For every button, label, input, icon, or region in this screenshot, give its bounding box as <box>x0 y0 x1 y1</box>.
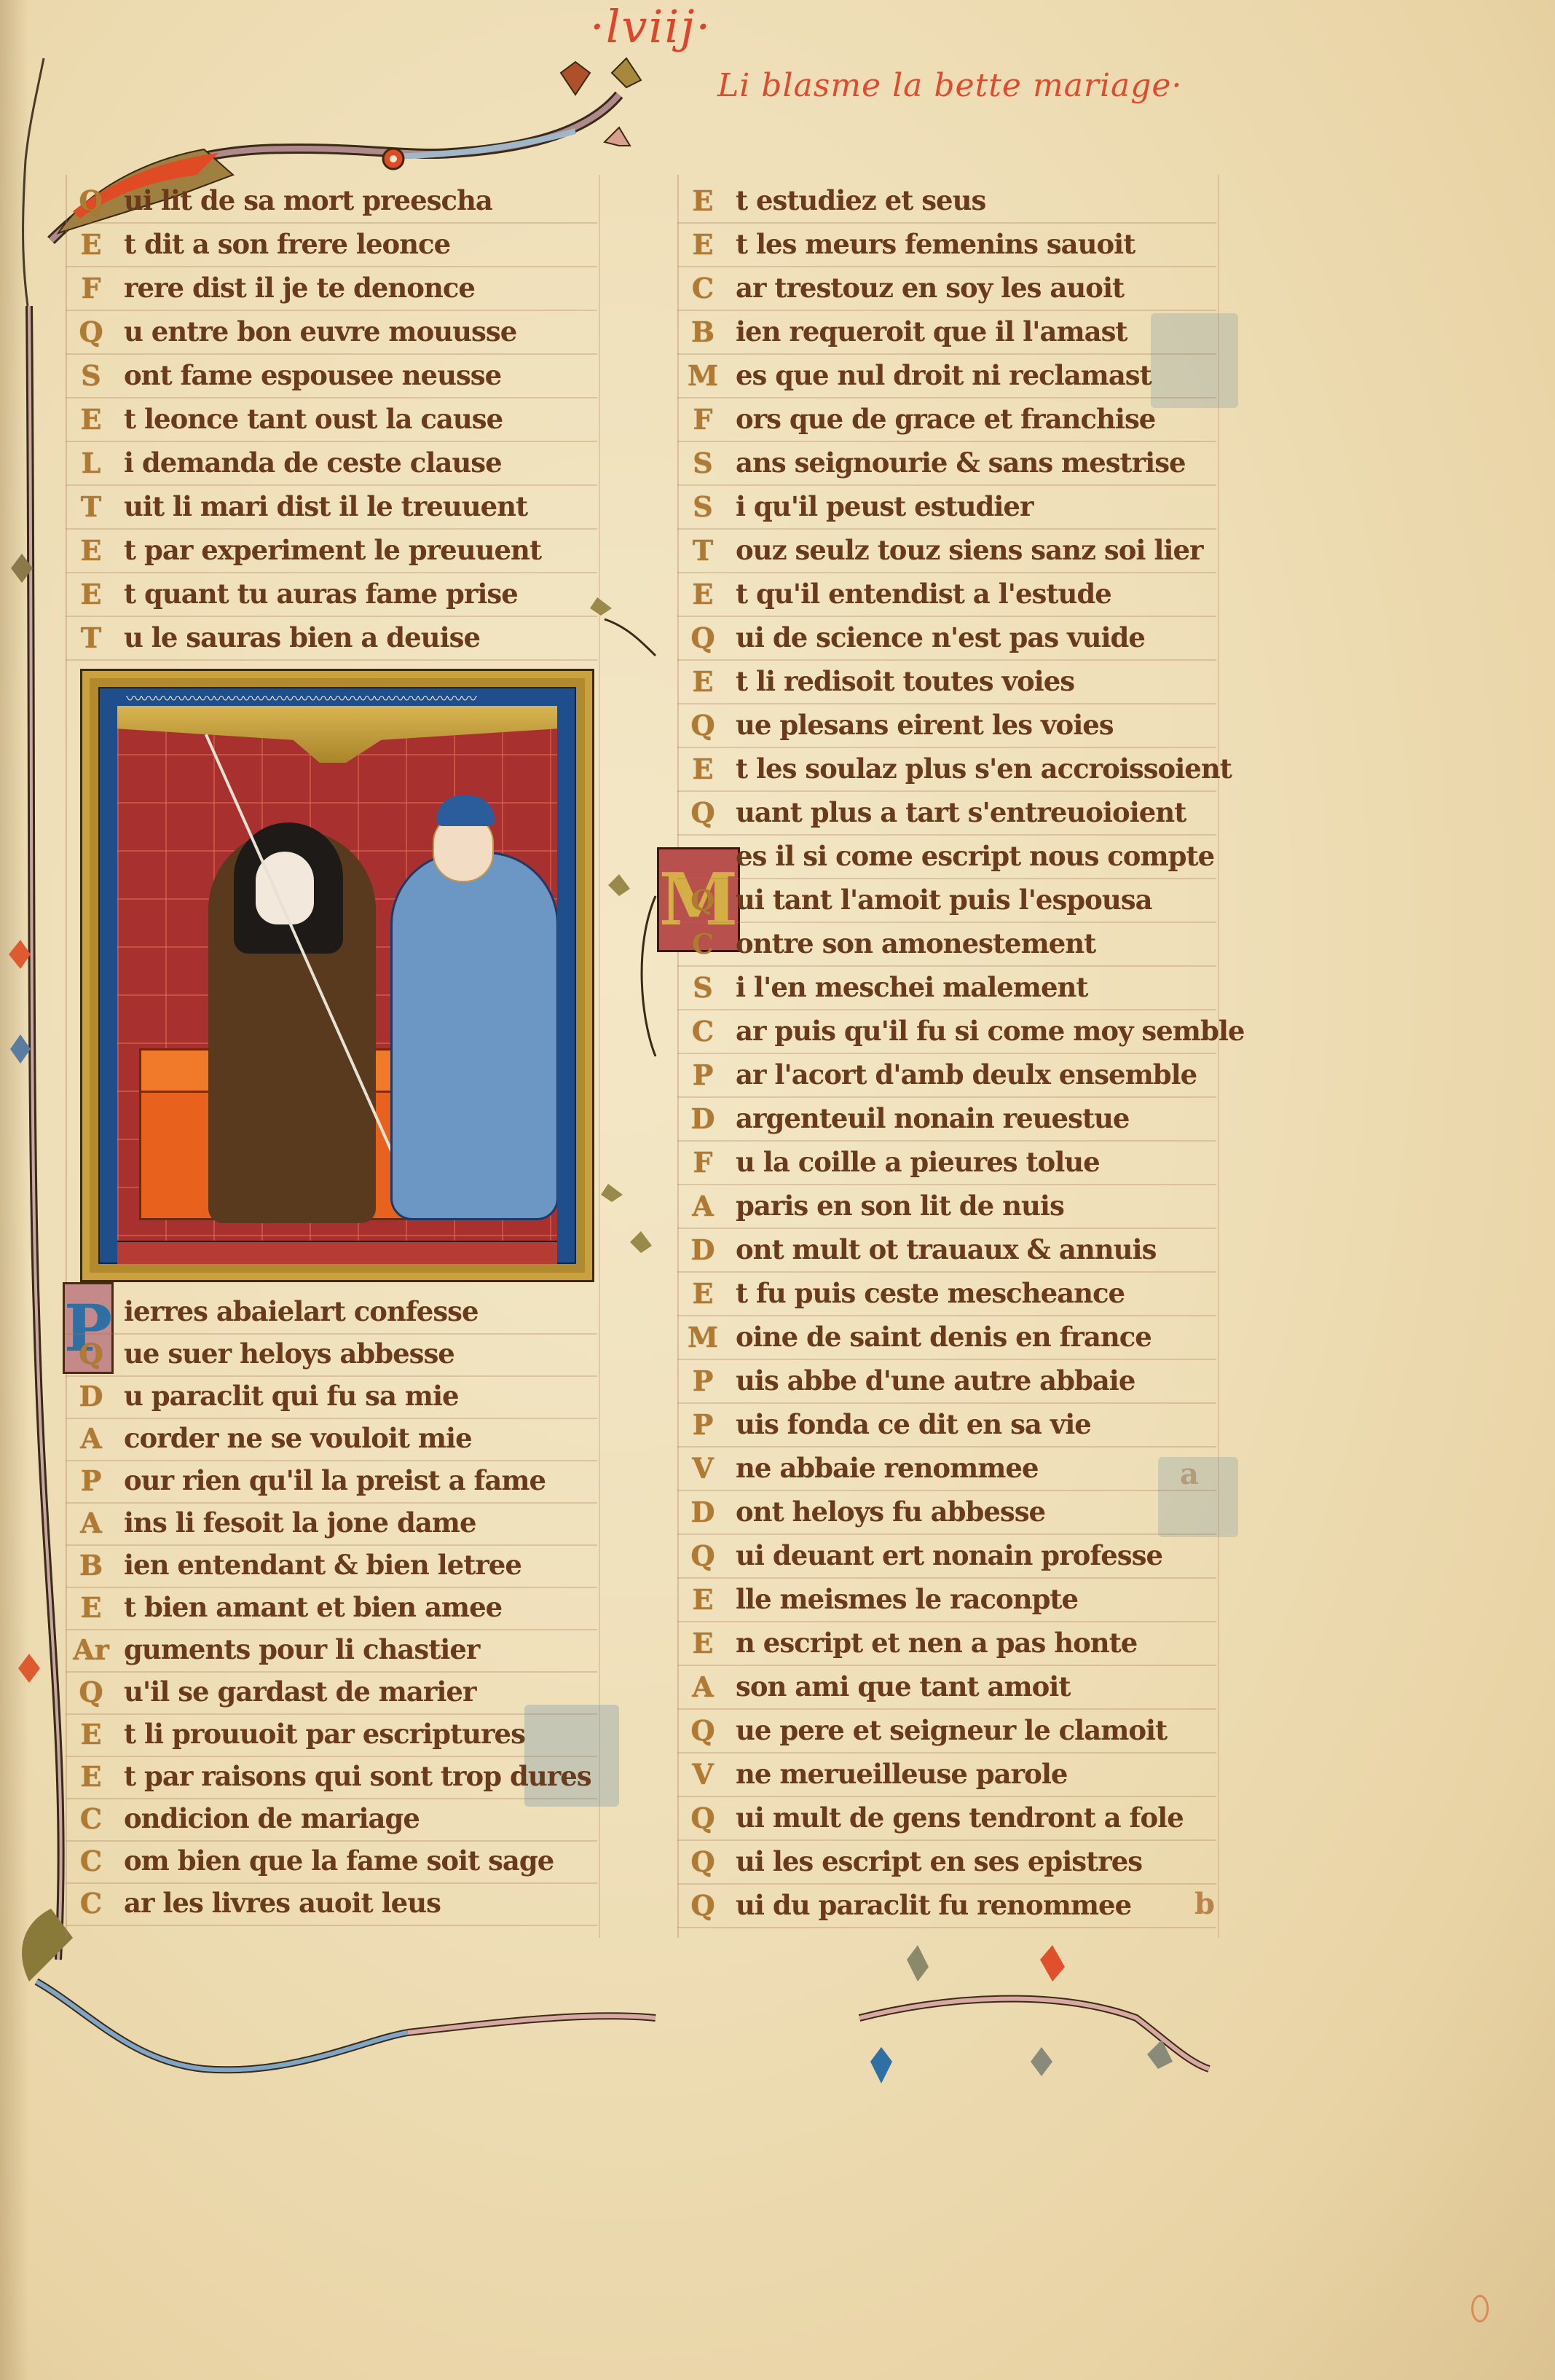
verse-initial: Q <box>66 184 117 217</box>
verse-text: t leonce tant oust la cause <box>117 403 503 435</box>
verse-initial: Q <box>677 621 728 654</box>
verse-initial: V <box>677 1452 728 1485</box>
verse-text: t par raisons qui sont trop dures <box>117 1760 591 1792</box>
verse-text: ui du paraclit fu renommee <box>728 1889 1131 1921</box>
verse-text: i demanda de ceste clause <box>117 447 502 479</box>
verse-initial: E <box>66 228 117 261</box>
figure-man-abelard <box>390 852 557 1220</box>
verse-line: Vne merueilleuse parole <box>677 1752 1216 1797</box>
left-column-top: Qui lit de sa mort preescha Et dit a son… <box>66 178 597 667</box>
verse-line: Puis fonda ce dit en sa vie <box>677 1402 1216 1448</box>
verse-initial: P <box>66 1464 117 1497</box>
verse-initial: S <box>677 447 728 479</box>
verse-line: Et leonce tant oust la cause <box>66 397 597 442</box>
verse-initial: F <box>677 403 728 436</box>
verse-text: uis fonda ce dit en sa vie <box>728 1408 1091 1440</box>
verse-initial: C <box>66 1887 117 1920</box>
verse-initial: E <box>677 1277 728 1310</box>
verse-text: i qu'il peust estudier <box>728 490 1033 522</box>
verse-initial: M <box>677 1321 728 1354</box>
verse-text: es que nul droit ni reclamast <box>728 359 1152 391</box>
verse-line: Tu le sauras bien a deuise <box>66 616 597 661</box>
verse-text: uant plus a tart s'entreuoioient <box>728 796 1186 828</box>
verse-line: Qui de science n'est pas vuide <box>677 616 1216 661</box>
verse-initial: E <box>677 228 728 261</box>
verse-initial: Q <box>677 884 728 916</box>
verse-text: ne merueilleuse parole <box>728 1758 1067 1790</box>
verse-text: ins li fesoit la jone dame <box>117 1507 476 1539</box>
verse-line: Sont fame espousee neusse <box>66 353 597 398</box>
verse-text: t qu'il entendist a l'estude <box>728 578 1111 610</box>
verse-line: es il si come escript nous compte <box>677 834 1216 879</box>
miniature-floor <box>117 1241 557 1264</box>
verse-initial: F <box>66 272 117 305</box>
verse-text: ui de science n'est pas vuide <box>728 621 1145 653</box>
verse-initial: E <box>677 1627 728 1660</box>
verse-line: Elle meismes le raconpte <box>677 1577 1216 1622</box>
verse-text: lle meismes le raconpte <box>728 1583 1078 1615</box>
verse-line: Et par raisons qui sont trop dures <box>66 1754 597 1799</box>
verse-text: ontre son amonestement <box>728 927 1095 959</box>
verse-text: ont heloys fu abbesse <box>728 1496 1045 1528</box>
verse-line: Et estudiez et seus <box>677 178 1216 224</box>
verse-line: Qui lit de sa mort preescha <box>66 178 597 224</box>
verse-line: Du paraclit qui fu sa mie <box>66 1374 597 1419</box>
verse-initial: P <box>677 1408 728 1441</box>
verse-initial: E <box>66 1718 117 1751</box>
verse-line: Ason ami que tant amoit <box>677 1665 1216 1710</box>
verse-line: Arguments pour li chastier <box>66 1627 597 1673</box>
verse-text: ont fame espousee neusse <box>117 359 501 391</box>
margin-letter: a <box>1180 1457 1199 1491</box>
verse-initial: C <box>677 1015 728 1048</box>
verse-initial: Q <box>677 1802 728 1834</box>
verse-line: Qui les escript en ses epistres <box>677 1839 1216 1885</box>
verse-initial: C <box>677 927 728 960</box>
verse-text: u paraclit qui fu sa mie <box>117 1380 459 1412</box>
verse-text: ierres abaielart confesse <box>117 1295 479 1327</box>
verse-line: Puis abbe d'une autre abbaie <box>677 1359 1216 1404</box>
verse-line: Et li prouuoit par escriptures <box>66 1712 597 1757</box>
chapter-rubric: Li blasme la bette mariage· <box>717 67 1182 104</box>
verse-initial: P <box>677 1364 728 1397</box>
verse-text: t les soulaz plus s'en accroissoient <box>728 753 1232 785</box>
verse-line: Dargenteuil nonain reuestue <box>677 1096 1216 1142</box>
verse-text: ont mult ot trauaux & annuis <box>728 1233 1156 1265</box>
verse-line: Et dit a son frere leonce <box>66 222 597 267</box>
folio-number: ·lviij· <box>590 0 712 53</box>
verse-line: Et fu puis ceste mescheance <box>677 1271 1216 1316</box>
verse-line: Que pere et seigneur le clamoit <box>677 1708 1216 1753</box>
verse-initial: T <box>66 621 117 654</box>
verse-initial: E <box>66 534 117 567</box>
verse-text: om bien que la fame soit sage <box>117 1845 554 1877</box>
verse-initial: T <box>66 490 117 523</box>
verse-initial: A <box>66 1422 117 1455</box>
verse-initial: E <box>66 1760 117 1793</box>
verse-text: t par experiment le preuuent <box>117 534 541 566</box>
verse-text: ui les escript en ses epistres <box>728 1845 1142 1877</box>
verse-line: Tuit li mari dist il le treuuent <box>66 484 597 530</box>
verse-initial: Q <box>677 1539 728 1572</box>
verse-initial: E <box>66 403 117 436</box>
right-column: Et estudiez et seus Et les meurs femenin… <box>677 178 1216 1927</box>
verse-line: Fu la coille a pieures tolue <box>677 1140 1216 1185</box>
verse-text: u'il se gardast de marier <box>117 1676 476 1708</box>
verse-initial: Q <box>66 1676 117 1708</box>
verse-text: oine de saint denis en france <box>728 1321 1152 1353</box>
verse-text: ar l'acort d'amb deulx ensemble <box>728 1059 1197 1091</box>
verse-text: argenteuil nonain reuestue <box>728 1102 1129 1134</box>
margin-letter: b <box>1194 1887 1215 1921</box>
verse-text: u le sauras bien a deuise <box>117 621 480 653</box>
verse-text: es il si come escript nous compte <box>728 840 1214 872</box>
verse-text: ue plesans eirent les voies <box>728 709 1114 741</box>
verse-line: Si l'en meschei malement <box>677 965 1216 1010</box>
verse-line: En escript et nen a pas honte <box>677 1621 1216 1666</box>
verse-initial: A <box>66 1507 117 1539</box>
verse-text: t li prouuoit par escriptures <box>117 1718 525 1750</box>
verse-initial: E <box>677 753 728 785</box>
verse-initial: B <box>66 1549 117 1582</box>
verse-text: t fu puis ceste mescheance <box>728 1277 1125 1309</box>
verse-line: Com bien que la fame soit sage <box>66 1839 597 1884</box>
verse-text: ar puis qu'il fu si come moy semble <box>728 1015 1244 1047</box>
catchword-mark <box>1471 2295 1489 2322</box>
verse-line: Si qu'il peust estudier <box>677 484 1216 530</box>
verse-line: Contre son amonestement <box>677 922 1216 967</box>
verse-text: ue pere et seigneur le clamoit <box>728 1714 1167 1746</box>
verse-initial: L <box>66 447 117 479</box>
verse-initial: C <box>66 1845 117 1877</box>
verse-initial: A <box>677 1670 728 1703</box>
verse-line: Car les livres auoit leus <box>66 1881 597 1926</box>
verse-text: i l'en meschei malement <box>728 971 1087 1003</box>
verse-initial: E <box>677 665 728 698</box>
verse-line: Que suer heloys abbesse <box>66 1332 597 1377</box>
verse-line: Quant plus a tart s'entreuoioient <box>677 790 1216 836</box>
verse-initial: S <box>677 971 728 1004</box>
verse-initial: V <box>677 1758 728 1791</box>
verse-line: Acorder ne se vouloit mie <box>66 1416 597 1461</box>
verse-line: Et quant tu auras fame prise <box>66 572 597 617</box>
verse-line: Qui deuant ert nonain professe <box>677 1533 1216 1579</box>
verse-initial: D <box>677 1233 728 1266</box>
verse-line: ierres abaielart confesse <box>66 1289 597 1335</box>
verse-line: Frere dist il je te denonce <box>66 266 597 311</box>
verse-initial: Ar <box>66 1633 117 1666</box>
verse-text: son ami que tant amoit <box>728 1670 1070 1702</box>
verse-line: Touz seulz touz siens sanz soi lier <box>677 528 1216 573</box>
verse-text: ue suer heloys abbesse <box>117 1338 454 1370</box>
verse-line: Et qu'il entendist a l'estude <box>677 572 1216 617</box>
gold-canopy <box>117 706 557 763</box>
verse-text: t dit a son frere leonce <box>117 228 450 260</box>
verse-text: t bien amant et bien amee <box>117 1591 502 1623</box>
verse-initial: C <box>677 272 728 305</box>
verse-line: Car puis qu'il fu si come moy semble <box>677 1009 1216 1054</box>
verse-initial: Q <box>677 709 728 742</box>
verse-line: Qui mult de gens tendront a fole <box>677 1796 1216 1841</box>
verse-text: guments pour li chastier <box>117 1633 479 1665</box>
verse-text: rere dist il je te denonce <box>117 272 475 304</box>
verse-initial: Q <box>677 1845 728 1878</box>
verse-initial: D <box>66 1380 117 1413</box>
left-column-bottom: ierres abaielart confesse Que suer heloy… <box>66 1289 597 1945</box>
verse-line: Bien requeroit que il l'amast <box>677 310 1216 355</box>
verse-text: t li redisoit toutes voies <box>728 665 1074 697</box>
verse-initial: D <box>677 1496 728 1528</box>
verse-line: Qui du paraclit fu renommee <box>677 1883 1216 1928</box>
verse-initial: M <box>677 359 728 392</box>
verse-initial: A <box>677 1190 728 1222</box>
verse-initial: E <box>66 578 117 610</box>
verse-initial: C <box>66 1802 117 1835</box>
verse-line: Vne abbaie renommee <box>677 1446 1216 1491</box>
verse-line: Qu entre bon euvre mouusse <box>66 310 597 355</box>
verse-text: t estudiez et seus <box>728 184 985 216</box>
verse-line: Et les soulaz plus s'en accroissoient <box>677 747 1216 792</box>
verse-text: ors que de grace et franchise <box>728 403 1155 435</box>
verse-text: ui lit de sa mort preescha <box>117 184 492 216</box>
verse-text: ondicion de mariage <box>117 1802 420 1834</box>
verse-line: Car trestouz en soy les auoit <box>677 266 1216 311</box>
verse-initial: Q <box>677 1714 728 1747</box>
verse-line: Moine de saint denis en france <box>677 1315 1216 1360</box>
verse-text: our rien qu'il la preist a fame <box>117 1464 546 1496</box>
verse-initial: T <box>677 534 728 567</box>
verse-line: Qu'il se gardast de marier <box>66 1670 597 1715</box>
verse-line: Et les meurs femenins sauoit <box>677 222 1216 267</box>
verse-text: ui tant l'amoit puis l'espousa <box>728 884 1152 916</box>
man-cap <box>436 796 495 826</box>
verse-text: corder ne se vouloit mie <box>117 1422 472 1454</box>
verse-line: Dont heloys fu abbesse <box>677 1490 1216 1535</box>
verse-initial: B <box>677 315 728 348</box>
verse-text: ien requeroit que il l'amast <box>728 315 1127 347</box>
verse-line: Et li redisoit toutes voies <box>677 659 1216 704</box>
verse-text: ar trestouz en soy les auoit <box>728 272 1124 304</box>
verse-line: Li demanda de ceste clause <box>66 441 597 486</box>
verse-text: t quant tu auras fame prise <box>117 578 518 610</box>
verse-initial: Q <box>677 796 728 829</box>
figure-nun-heloise <box>208 830 376 1223</box>
verse-text: paris en son lit de nuis <box>728 1190 1064 1222</box>
verse-line: Aparis en son lit de nuis <box>677 1184 1216 1229</box>
verse-initial: F <box>677 1146 728 1179</box>
verse-text: t les meurs femenins sauoit <box>728 228 1135 260</box>
verse-initial: E <box>66 1591 117 1624</box>
verse-line: Que plesans eirent les voies <box>677 703 1216 748</box>
verse-line: Fors que de grace et franchise <box>677 397 1216 442</box>
verse-line: Par l'acort d'amb deulx ensemble <box>677 1053 1216 1098</box>
verse-initial: P <box>677 1059 728 1091</box>
miniature-scene <box>117 706 557 1245</box>
verse-line: Mes que nul droit ni reclamast <box>677 353 1216 398</box>
verse-line: Sans seignourie & sans mestrise <box>677 441 1216 486</box>
verse-text: n escript et nen a pas honte <box>728 1627 1137 1659</box>
verse-text: ouz seulz touz siens sanz soi lier <box>728 534 1203 566</box>
verse-text: ien entendant & bien letree <box>117 1549 521 1581</box>
verse-initial: S <box>677 490 728 523</box>
verse-text: ui deuant ert nonain professe <box>728 1539 1162 1571</box>
verse-line: Ains li fesoit la jone dame <box>66 1501 597 1546</box>
verse-line: Condicion de mariage <box>66 1796 597 1842</box>
verse-text: ne abbaie renommee <box>728 1452 1039 1484</box>
miniature-heloise-abelard: 〰〰〰〰〰〰〰〰〰〰〰〰〰〰〰〰〰〰〰〰〰〰〰〰 <box>80 669 594 1282</box>
verse-text: uis abbe d'une autre abbaie <box>728 1364 1135 1397</box>
verse-line: Et par experiment le preuuent <box>66 528 597 573</box>
verse-text: ans seignourie & sans mestrise <box>728 447 1186 479</box>
verse-initial: Q <box>66 315 117 348</box>
verse-line: Pour rien qu'il la preist a fame <box>66 1458 597 1504</box>
verse-initial: D <box>677 1102 728 1135</box>
verse-initial: E <box>677 184 728 217</box>
verse-line: Et bien amant et bien amee <box>66 1585 597 1630</box>
verse-line: Bien entendant & bien letree <box>66 1543 597 1588</box>
verse-initial: Q <box>66 1338 117 1370</box>
verse-initial: Q <box>677 1889 728 1922</box>
verse-line: Qui tant l'amoit puis l'espousa <box>677 878 1216 923</box>
verse-initial: E <box>677 1583 728 1616</box>
verse-text: ui mult de gens tendront a fole <box>728 1802 1184 1834</box>
verse-text: u la coille a pieures tolue <box>728 1146 1100 1178</box>
verse-text: u entre bon euvre mouusse <box>117 315 516 347</box>
verse-text: uit li mari dist il le treuuent <box>117 490 527 522</box>
verse-initial: S <box>66 359 117 392</box>
verse-line: Dont mult ot trauaux & annuis <box>677 1228 1216 1273</box>
verse-text: ar les livres auoit leus <box>117 1887 441 1919</box>
verse-initial: E <box>677 578 728 610</box>
